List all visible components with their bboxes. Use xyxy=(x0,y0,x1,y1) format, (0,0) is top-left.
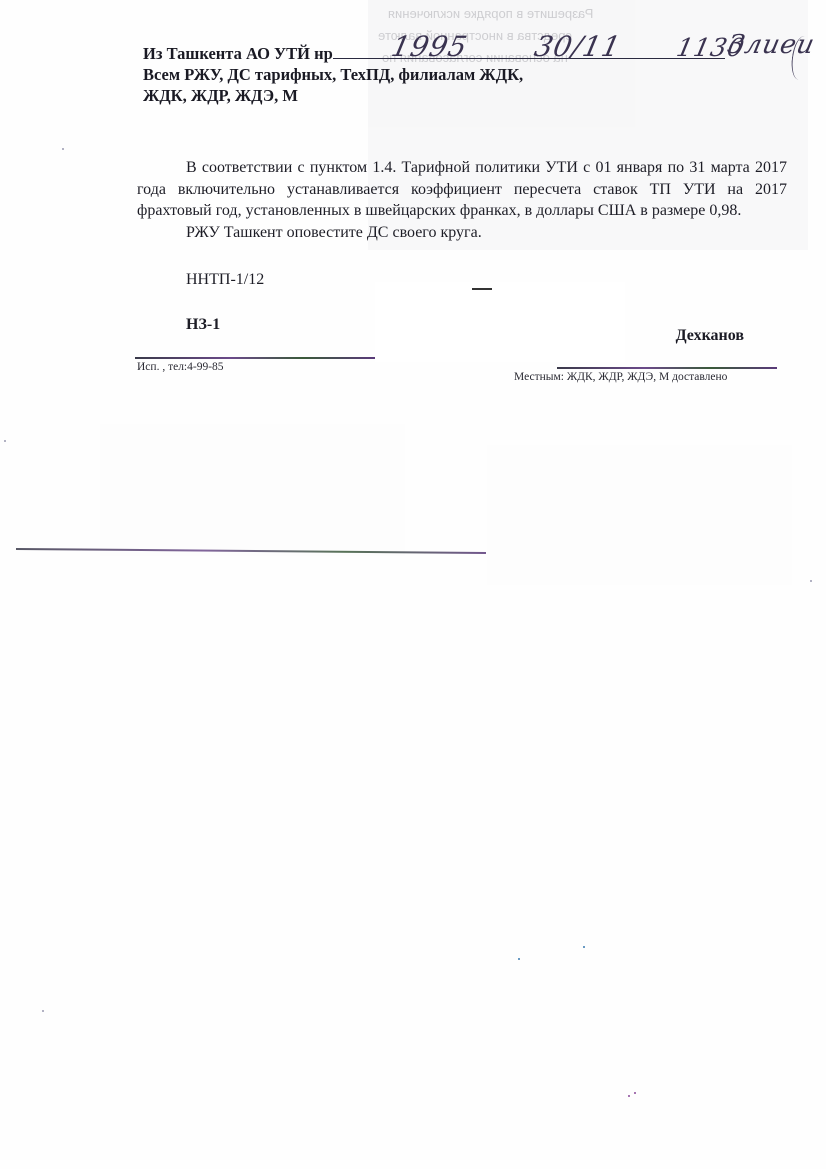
footer-rule-left xyxy=(135,357,375,359)
scan-speck xyxy=(4,440,6,442)
document-body: В соответствии с пунктом 1.4. Тарифной п… xyxy=(137,157,787,243)
recipients-line-2: ЖДК, ЖДР, ЖДЭ, М xyxy=(143,86,298,106)
department-code: НЗ-1 xyxy=(186,316,220,334)
dash-mark xyxy=(472,288,492,290)
executor-info: Исп. , тел:4-99-85 xyxy=(137,361,224,373)
footer-rule-right xyxy=(557,367,777,369)
redaction-block xyxy=(100,424,405,556)
scan-speck xyxy=(518,958,520,960)
scan-speck xyxy=(634,1092,636,1094)
scanned-document-page: Разрешите в порядке исключения средства … xyxy=(0,0,826,1169)
scan-speck xyxy=(42,1010,44,1012)
scan-speck xyxy=(583,946,585,948)
signer-name: Дехканов xyxy=(676,327,744,345)
body-paragraph-2: РЖУ Ташкент оповестите ДС своего круга. xyxy=(137,222,787,244)
redaction-block xyxy=(375,282,625,362)
scan-speck xyxy=(62,148,64,150)
handwritten-number: 1995 xyxy=(388,30,470,63)
scan-speck xyxy=(810,580,812,582)
delivery-note: Местным: ЖДК, ЖДР, ЖДЭ, М доставлено xyxy=(514,371,727,383)
reference-code: ННТП-1/12 xyxy=(186,271,264,289)
body-paragraph-1: В соответствии с пунктом 1.4. Тарифной п… xyxy=(137,157,787,222)
bleed-through-text: Разрешите в порядке исключения xyxy=(388,6,593,21)
scan-speck xyxy=(628,1095,630,1097)
recipients-line-1: Всем РЖУ, ДС тарифных, ТехПД, филиалам Ж… xyxy=(143,65,523,85)
handwritten-date: 30/11 xyxy=(531,30,624,63)
sender-text: Из Ташкента АО УТЙ нр xyxy=(143,44,333,63)
redaction-block xyxy=(487,445,792,585)
